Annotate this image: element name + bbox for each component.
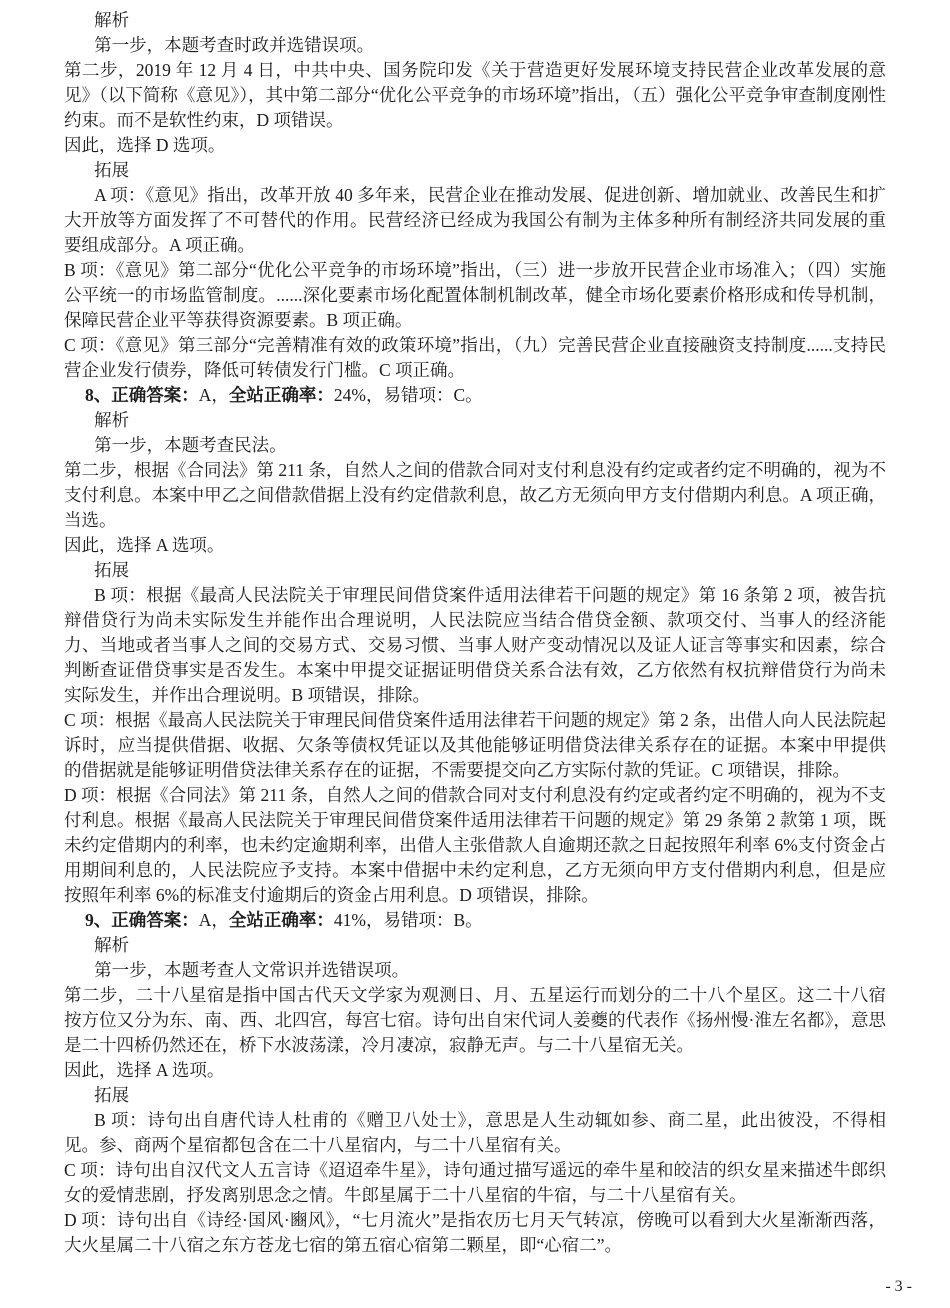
- q9-answer-value: A，: [199, 910, 229, 930]
- document-page: 解析 第一步，本题考查时政并选错误项。 第二步，2019 年 12 月 4 日，…: [64, 8, 886, 1258]
- q8-answer-heading: 8、正确答案：A，全站正确率：24%，易错项：C。: [64, 383, 886, 408]
- q9-option-c-paragraph: C 项：诗句出自汉代文人五言诗《迢迢牵牛星》，诗句通过描写遥远的牵牛星和皎洁的织…: [64, 1158, 886, 1208]
- q8-option-d-paragraph: D 项：根据《合同法》第 211 条，自然人之间的借款合同对支付利息没有约定或者…: [64, 783, 886, 908]
- q7-step1-paragraph: 第一步，本题考查时政并选错误项。: [64, 33, 886, 58]
- q8-step2-paragraph: 第二步，根据《合同法》第 211 条，自然人之间的借款合同对支付利息没有约定或者…: [64, 458, 886, 533]
- expansion-label-q9: 拓展: [64, 1083, 886, 1108]
- q9-option-d-paragraph: D 项：诗句出自《诗经·国风·豳风》，“七月流火”是指农历七月天气转凉，傍晚可以…: [64, 1208, 886, 1258]
- analysis-label-q7: 解析: [64, 8, 886, 33]
- q9-wrong-option-label: 易错项：: [383, 910, 453, 930]
- q8-option-b-paragraph: B 项：根据《最高人民法院关于审理民间借贷案件适用法律若干问题的规定》第 16 …: [64, 583, 886, 708]
- q9-rate-value: 41%，: [334, 910, 384, 930]
- q7-option-a-paragraph: A 项：《意见》指出，改革开放 40 多年来，民营企业在推动发展、促进创新、增加…: [64, 183, 886, 258]
- q7-conclusion-paragraph: 因此，选择 D 选项。: [64, 133, 886, 158]
- q9-answer-heading: 9、正确答案：A，全站正确率：41%，易错项：B。: [64, 908, 886, 933]
- q7-option-b-paragraph: B 项：《意见》第二部分“优化公平竞争的市场环境”指出，（三）进一步放开民营企业…: [64, 258, 886, 333]
- q8-step1-paragraph: 第一步，本题考查民法。: [64, 433, 886, 458]
- page-number: - 3 -: [885, 1278, 912, 1296]
- q7-step2-paragraph: 第二步，2019 年 12 月 4 日，中共中央、国务院印发《关于营造更好发展环…: [64, 58, 886, 133]
- analysis-label-q9: 解析: [64, 933, 886, 958]
- q7-option-c-paragraph: C 项：《意见》第三部分“完善精准有效的政策环境”指出，（九）完善民营企业直接融…: [64, 333, 886, 383]
- analysis-label-q8: 解析: [64, 408, 886, 433]
- expansion-label-q8: 拓展: [64, 558, 886, 583]
- q8-rate-label: 全站正确率：: [229, 385, 334, 405]
- q9-rate-label: 全站正确率：: [229, 910, 334, 930]
- q9-answer-number-label: 9、正确答案：: [85, 910, 199, 930]
- q9-wrong-option-value: B。: [453, 910, 482, 930]
- q8-wrong-option-value: C。: [453, 385, 482, 405]
- q8-wrong-option-label: 易错项：: [383, 385, 453, 405]
- q8-rate-value: 24%，: [334, 385, 384, 405]
- q8-conclusion-paragraph: 因此，选择 A 选项。: [64, 533, 886, 558]
- q9-option-b-paragraph: B 项：诗句出自唐代诗人杜甫的《赠卫八处士》，意思是人生动辄如参、商二星，此出彼…: [64, 1108, 886, 1158]
- q9-step1-paragraph: 第一步，本题考查人文常识并选错误项。: [64, 958, 886, 983]
- q8-option-c-paragraph: C 项：根据《最高人民法院关于审理民间借贷案件适用法律若干问题的规定》第 2 条…: [64, 708, 886, 783]
- q9-conclusion-paragraph: 因此，选择 A 选项。: [64, 1058, 886, 1083]
- q8-answer-value: A，: [199, 385, 229, 405]
- expansion-label-q7: 拓展: [64, 158, 886, 183]
- q9-step2-paragraph: 第二步，二十八星宿是指中国古代天文学家为观测日、月、五星运行而划分的二十八个星区…: [64, 983, 886, 1058]
- q8-answer-number-label: 8、正确答案：: [85, 385, 199, 405]
